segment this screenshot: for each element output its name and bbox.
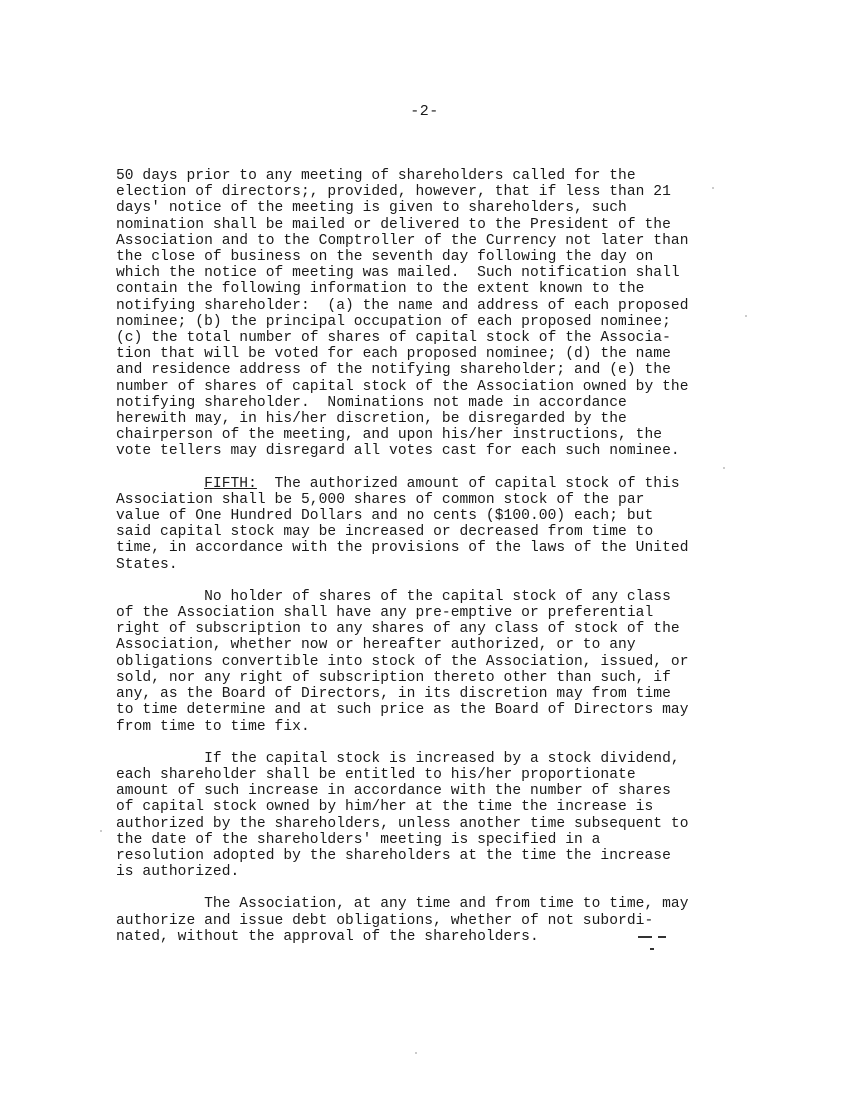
stray-mark (650, 948, 654, 950)
article-heading-fifth: FIFTH: (204, 476, 257, 492)
fifth-first-line: The authorized amount of capital stock o… (257, 476, 680, 492)
scan-speck (745, 315, 747, 317)
scan-speck (415, 1052, 417, 1054)
paragraph-preemptive-rights: No holder of shares of the capital stock… (116, 589, 756, 735)
document-body: 50 days prior to any meeting of sharehol… (116, 168, 756, 945)
paragraph-stock-dividend: If the capital stock is increased by a s… (116, 751, 756, 881)
fifth-remaining-lines: Association shall be 5,000 shares of com… (116, 492, 689, 573)
page-number: -2- (0, 103, 849, 120)
stray-mark (638, 936, 652, 938)
stray-marks (620, 932, 680, 952)
scan-speck (723, 467, 725, 469)
document-page: -2- 50 days prior to any meeting of shar… (0, 0, 849, 1100)
stray-mark (658, 936, 666, 938)
paragraph-fifth-article: FIFTH: The authorized amount of capital … (116, 476, 756, 573)
scan-speck (100, 830, 102, 832)
paragraph-nomination-continuation: 50 days prior to any meeting of sharehol… (116, 168, 756, 460)
indent (116, 476, 204, 492)
scan-speck (712, 187, 714, 189)
